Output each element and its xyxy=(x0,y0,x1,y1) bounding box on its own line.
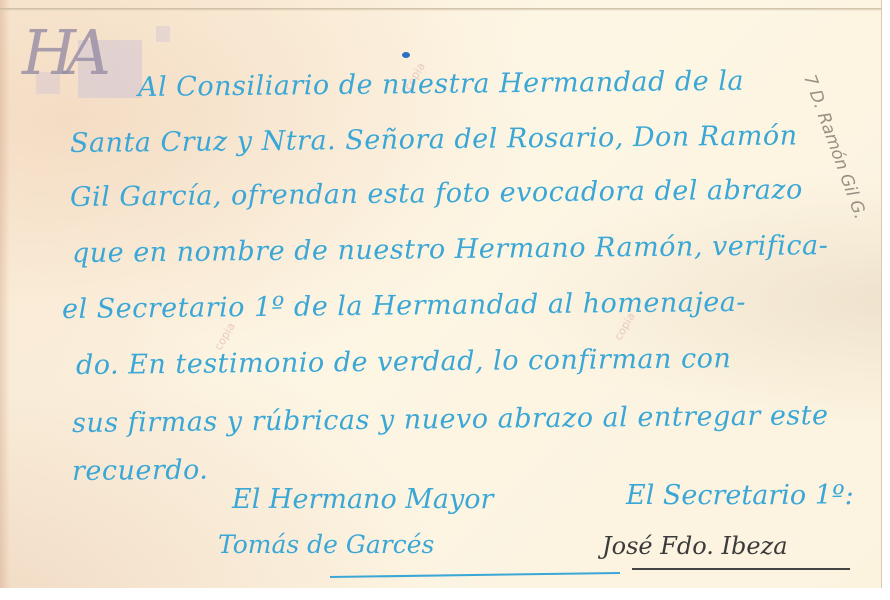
letter-line: que en nombre de nuestro Hermano Ramón, … xyxy=(72,230,829,269)
letter-line: Al Consiliario de nuestra Hermandad de l… xyxy=(138,66,744,103)
top-edge-shadow xyxy=(0,8,890,11)
signature-underline-left xyxy=(330,572,620,578)
letter-line: Gil García, ofrendan esta foto evocadora… xyxy=(70,174,803,213)
signature-name-left: Tomás de Garcés xyxy=(218,530,434,559)
ink-blot xyxy=(402,52,410,58)
signature-title-left: El Hermano Mayor xyxy=(232,484,493,515)
signature-underline-right xyxy=(632,568,850,570)
pencil-margin-note: 7 D. Ramón Gil G. xyxy=(799,72,870,222)
letter-line: do. En testimonio de verdad, lo confirma… xyxy=(76,343,732,381)
watermark-box xyxy=(156,26,170,42)
watermark-text: HA xyxy=(22,16,101,89)
bottom-deckled-edge xyxy=(0,588,890,600)
letter-line: Santa Cruz y Ntra. Señora del Rosario, D… xyxy=(70,120,798,159)
letter-line: recuerdo. xyxy=(72,455,209,487)
signature-title-right: El Secretario 1º: xyxy=(626,480,854,511)
signature-name-right: José Fdo. Ibeza xyxy=(602,532,788,560)
right-deckled-edge xyxy=(881,0,890,600)
left-edge-stain xyxy=(0,0,10,600)
letter-line: el Secretario 1º de la Hermandad al home… xyxy=(62,287,746,325)
postcard-back: HA copia copia copia Al Consiliario de n… xyxy=(0,0,890,600)
letter-line: sus firmas y rúbricas y nuevo abrazo al … xyxy=(72,400,829,439)
